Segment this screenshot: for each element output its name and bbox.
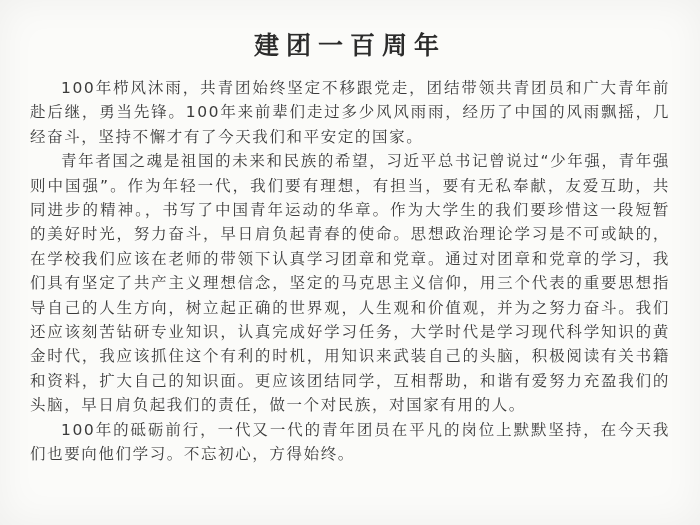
essay-paragraph-2: 青年者国之魂是祖国的未来和民族的希望，习近平总书记曾说过“少年强，青年强则中国强… bbox=[30, 149, 670, 417]
essay-paragraph-1: 100年栉风沐雨，共青团始终坚定不移跟党走，团结带领共青团员和广大青年前赴后继，… bbox=[30, 76, 670, 149]
essay-body: 100年栉风沐雨，共青团始终坚定不移跟党走，团结带领共青团员和广大青年前赴后继，… bbox=[30, 76, 670, 467]
essay-page: 建团一百周年 100年栉风沐雨，共青团始终坚定不移跟党走，团结带领共青团员和广大… bbox=[0, 0, 700, 525]
essay-title: 建团一百周年 bbox=[30, 26, 670, 62]
essay-paragraph-3: 100年的砥砺前行，一代又一代的青年团员在平凡的岗位上默默坚持，在今天我们也要向… bbox=[30, 418, 670, 467]
